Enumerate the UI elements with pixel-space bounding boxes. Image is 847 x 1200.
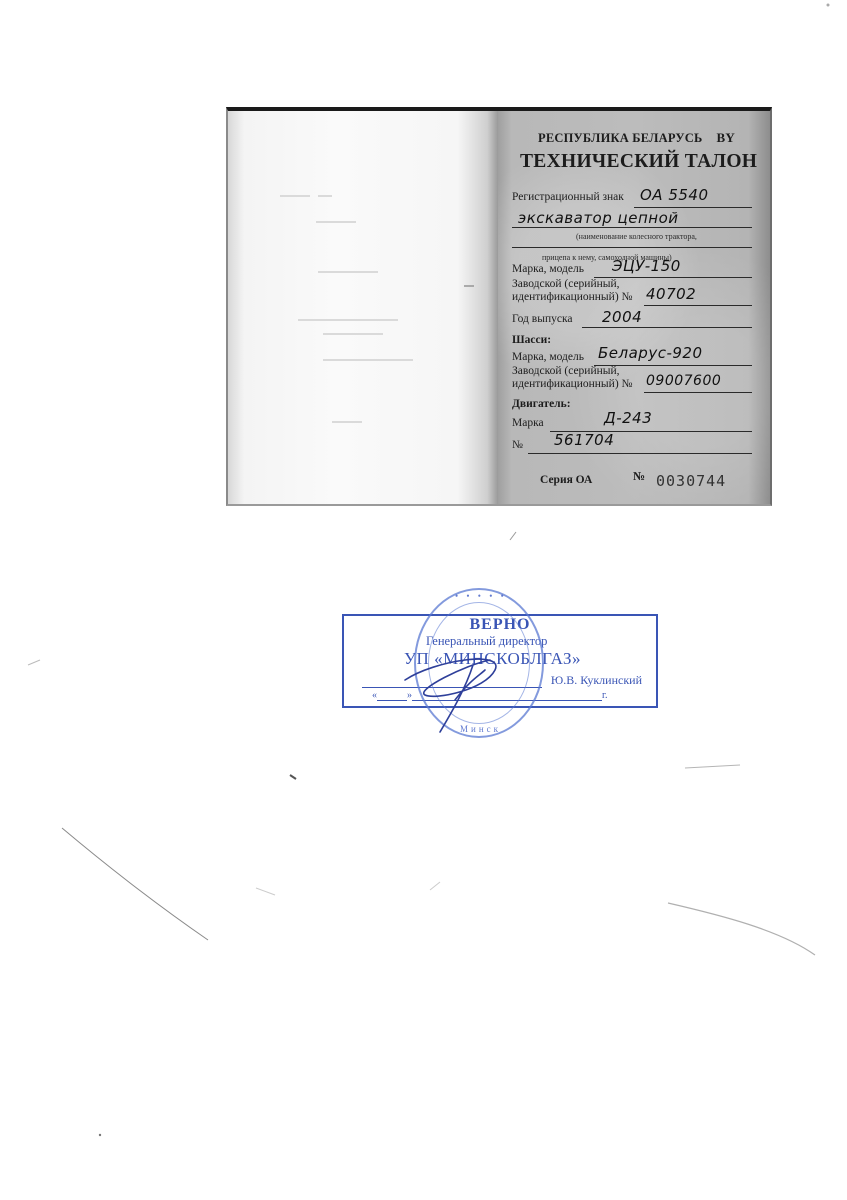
year-row: Год выпуска 2004 — [512, 313, 752, 329]
form-number-label: № — [633, 469, 645, 484]
series-label: Серия ОА — [540, 474, 592, 486]
engine-heading: Двигатель: — [512, 398, 571, 410]
form-number-value: 0030744 — [656, 472, 726, 490]
make-model-row: Марка, модель ЭЦУ-150 — [512, 263, 752, 279]
registration-sign-value: ОА 5540 — [640, 186, 709, 204]
engine-make-value: Д-243 — [604, 409, 652, 427]
make-model-value: ЭЦУ-150 — [612, 257, 681, 275]
year-value: 2004 — [602, 308, 642, 326]
handwritten-signature-icon — [395, 620, 535, 740]
registration-sign-row: Регистрационный знак ОА 5540 — [512, 191, 752, 209]
card-left-page-faded — [228, 111, 498, 504]
engine-make-row: Марка Д-243 — [512, 417, 752, 433]
country-code: BY — [716, 130, 734, 145]
serial-value: 40702 — [646, 285, 696, 303]
vehicle-name-row: экскаватор цепной — [512, 211, 752, 229]
engine-number-row: № 561704 — [512, 439, 752, 455]
chassis-serial-row: идентификационный) № 09007600 — [512, 378, 752, 394]
serial-row: идентификационный) № 40702 — [512, 291, 752, 307]
engine-number-value: 561704 — [554, 431, 614, 449]
technical-passport-card: РЕСПУБЛИКА БЕЛАРУСЬBY ТЕХНИЧЕСКИЙ ТАЛОН … — [226, 107, 772, 506]
seal-top-text: • • • • • — [455, 591, 507, 601]
card-right-page: РЕСПУБЛИКА БЕЛАРУСЬBY ТЕХНИЧЕСКИЙ ТАЛОН … — [498, 111, 770, 504]
chassis-serial-value: 09007600 — [646, 373, 721, 389]
republic-header: РЕСПУБЛИКА БЕЛАРУСЬBY — [538, 130, 735, 146]
vehicle-name-row-2 — [512, 237, 752, 249]
vehicle-name-value: экскаватор цепной — [518, 209, 679, 227]
serial-label-row-1: Заводской (серийный, — [512, 278, 752, 292]
signatory-name: Ю.В. Куклинский — [551, 673, 642, 688]
chassis-make-value: Беларус-920 — [598, 344, 703, 362]
chassis-heading: Шасси: — [512, 334, 551, 346]
document-title: ТЕХНИЧЕСКИЙ ТАЛОН — [520, 151, 757, 173]
